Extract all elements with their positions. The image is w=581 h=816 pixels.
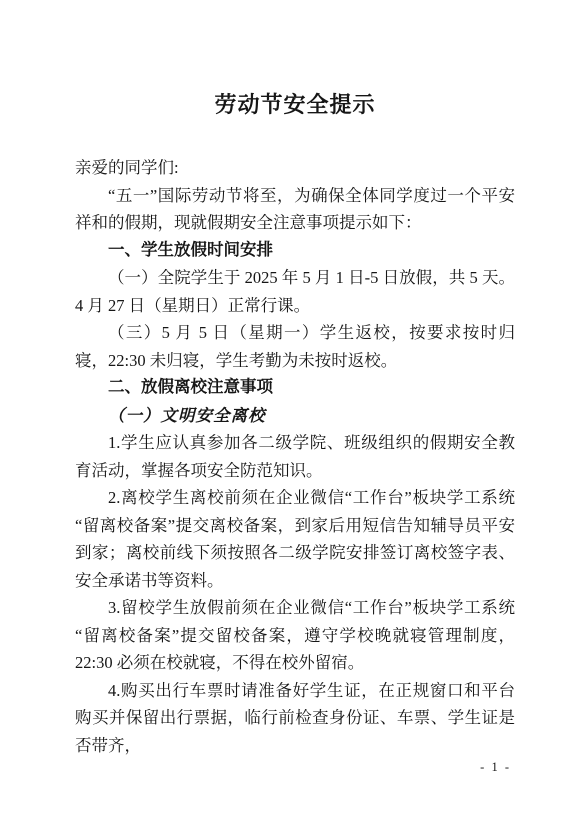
document-page: 劳动节安全提示 亲爱的同学们: “五一”国际劳动节将至，为确保全体同学度过一个平… [0,0,581,816]
section-1-heading: 一、学生放假时间安排 [75,237,515,265]
section-2-heading: 二、放假离校注意事项 [75,374,515,402]
page-number: - 1 - [480,760,511,775]
salutation-line: 亲爱的同学们: [75,154,515,182]
section-2-subheading: （一）文明安全离校 [75,402,515,430]
document-content: 劳动节安全提示 亲爱的同学们: “五一”国际劳动节将至，为确保全体同学度过一个平… [75,0,515,759]
intro-paragraph: “五一”国际劳动节将至，为确保全体同学度过一个平安祥和的假期，现就假期安全注意事… [75,182,515,237]
section-2-item-4: 4.购买出行车票时请准备好学生证，在正规窗口和平台购买并保留出行票据，临行前检查… [75,677,515,760]
section-2-item-3: 3.留校学生放假前须在企业微信“工作台”板块学工系统“留离校备案”提交留校备案，… [75,594,515,677]
document-body: 亲爱的同学们: “五一”国际劳动节将至，为确保全体同学度过一个平安祥和的假期，现… [75,154,515,759]
section-2-item-2: 2.离校学生离校前须在企业微信“工作台”板块学工系统“留离校备案”提交离校备案，… [75,484,515,594]
section-1-item-2: （三）5 月 5 日（星期一）学生返校，按要求按时归寝，22:30 未归寝，学生… [75,319,515,374]
section-1-item-1: （一）全院学生于 2025 年 5 月 1 日-5 日放假，共 5 天。4 月 … [75,264,515,319]
section-2-item-1: 1.学生应认真参加各二级学院、班级组织的假期安全教育活动，掌握各项安全防范知识。 [75,429,515,484]
document-title: 劳动节安全提示 [75,90,515,120]
